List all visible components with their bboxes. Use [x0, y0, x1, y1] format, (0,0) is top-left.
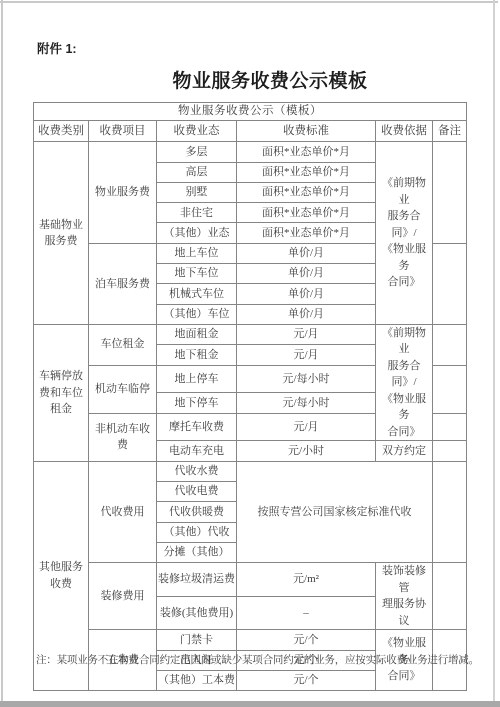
table-caption: 物业服务收费公示（模板）	[34, 103, 467, 121]
standard-cell: 元/每小时	[237, 393, 376, 413]
basis-cell: 装饰装修管 理服务协议	[376, 563, 433, 630]
standard-cell: 面积*业态单价*月	[237, 182, 376, 202]
basis-cell: 双方约定	[376, 441, 433, 461]
project-cell: 装修费用	[89, 563, 157, 630]
standard-cell: 面积*业态单价*月	[237, 223, 376, 243]
page-edge-bottom	[0, 701, 500, 707]
business-cell: 分摊（其他）	[157, 542, 237, 562]
standard-cell: 元/个	[237, 670, 376, 690]
standard-cell: –	[237, 596, 376, 630]
project-cell: 代收费用	[89, 461, 157, 562]
standard-cell: 元/小时	[237, 441, 376, 461]
business-cell: 地下租金	[157, 345, 237, 365]
business-cell: 代收电费	[157, 482, 237, 502]
attachment-label: 附件 1:	[37, 39, 77, 57]
business-cell: 地下停车	[157, 393, 237, 413]
standard-cell: 元/月	[237, 324, 376, 344]
header-standard: 收费标准	[237, 121, 376, 142]
project-cell: 车位租金	[89, 324, 157, 365]
document-title: 物业服务收费公示模板	[40, 66, 500, 93]
business-cell: 机械式车位	[157, 284, 237, 304]
standard-cell: 面积*业态单价*月	[237, 203, 376, 223]
remark-cell	[433, 142, 467, 243]
standard-cell: 单价/月	[237, 284, 376, 304]
business-cell: （其他）工本费	[157, 670, 237, 690]
standard-cell: 元/每小时	[237, 365, 376, 393]
fee-table: 物业服务收费公示（模板） 收费类别 收费项目 收费业态 收费标准 收费依据 备注…	[33, 102, 467, 691]
header-basis: 收费依据	[376, 121, 433, 142]
category-cell: 车辆停放 费和车位 租金	[34, 324, 89, 461]
business-cell: 地上停车	[157, 365, 237, 393]
standard-cell: 元/m²	[237, 563, 376, 597]
standard-cell: 元/月	[237, 345, 376, 365]
business-cell: 装修垃圾清运费	[157, 563, 237, 597]
header-category: 收费类别	[34, 121, 89, 142]
project-cell: 机动车临停	[89, 365, 157, 413]
basis-cell: 《前期物业 服务合同》/ 《物业服务 合同》	[376, 142, 433, 325]
page-edge-top	[0, 1, 498, 3]
remark-cell	[433, 413, 467, 441]
page-edge-left	[1, 0, 3, 701]
business-cell: （其他）代收	[157, 522, 237, 542]
page-edge-right	[493, 0, 495, 701]
business-cell: 摩托车收费	[157, 413, 237, 441]
category-cell: 基础物业 服务费	[34, 142, 89, 325]
business-cell: （其他）业态	[157, 223, 237, 243]
header-project: 收费项目	[89, 121, 157, 142]
business-cell: 多层	[157, 142, 237, 162]
remark-cell	[433, 563, 467, 630]
business-cell: 高层	[157, 162, 237, 182]
remark-cell	[433, 365, 467, 413]
standard-cell: 单价/月	[237, 243, 376, 263]
footnote: 注：某项业务不在物业合同约定范围内或缺少某项合同约定的业务，应按实际收费业务进行…	[36, 652, 476, 667]
header-business: 收费业态	[157, 121, 237, 142]
standard-cell: 元/月	[237, 413, 376, 441]
merged-standard-basis-cell: 按照专营公司国家核定标准代收	[237, 461, 433, 562]
business-cell: 装修(其他费用)	[157, 596, 237, 630]
header-remark: 备注	[433, 121, 467, 142]
project-cell: 泊车服务费	[89, 243, 157, 324]
basis-cell: 《前期物业 服务合同》/ 《物业服务 合同》	[376, 324, 433, 441]
remark-cell	[433, 243, 467, 324]
standard-cell: 面积*业态单价*月	[237, 162, 376, 182]
business-cell: （其他）车位	[157, 304, 237, 324]
business-cell: 代收水费	[157, 461, 237, 481]
business-cell: 别墅	[157, 182, 237, 202]
remark-cell	[433, 461, 467, 562]
standard-cell: 单价/月	[237, 304, 376, 324]
project-cell: 物业服务费	[89, 142, 157, 243]
remark-cell	[433, 324, 467, 365]
business-cell: 电动车充电	[157, 441, 237, 461]
business-cell: 门禁卡	[157, 630, 237, 650]
business-cell: 地下车位	[157, 264, 237, 284]
business-cell: 非住宅	[157, 203, 237, 223]
project-cell: 非机动车收费	[89, 413, 157, 461]
standard-cell: 面积*业态单价*月	[237, 142, 376, 162]
business-cell: 代收供暖费	[157, 502, 237, 522]
business-cell: 地面租金	[157, 324, 237, 344]
business-cell: 地上车位	[157, 243, 237, 263]
standard-cell: 元/个	[237, 630, 376, 650]
standard-cell: 单价/月	[237, 264, 376, 284]
remark-cell	[433, 441, 467, 461]
